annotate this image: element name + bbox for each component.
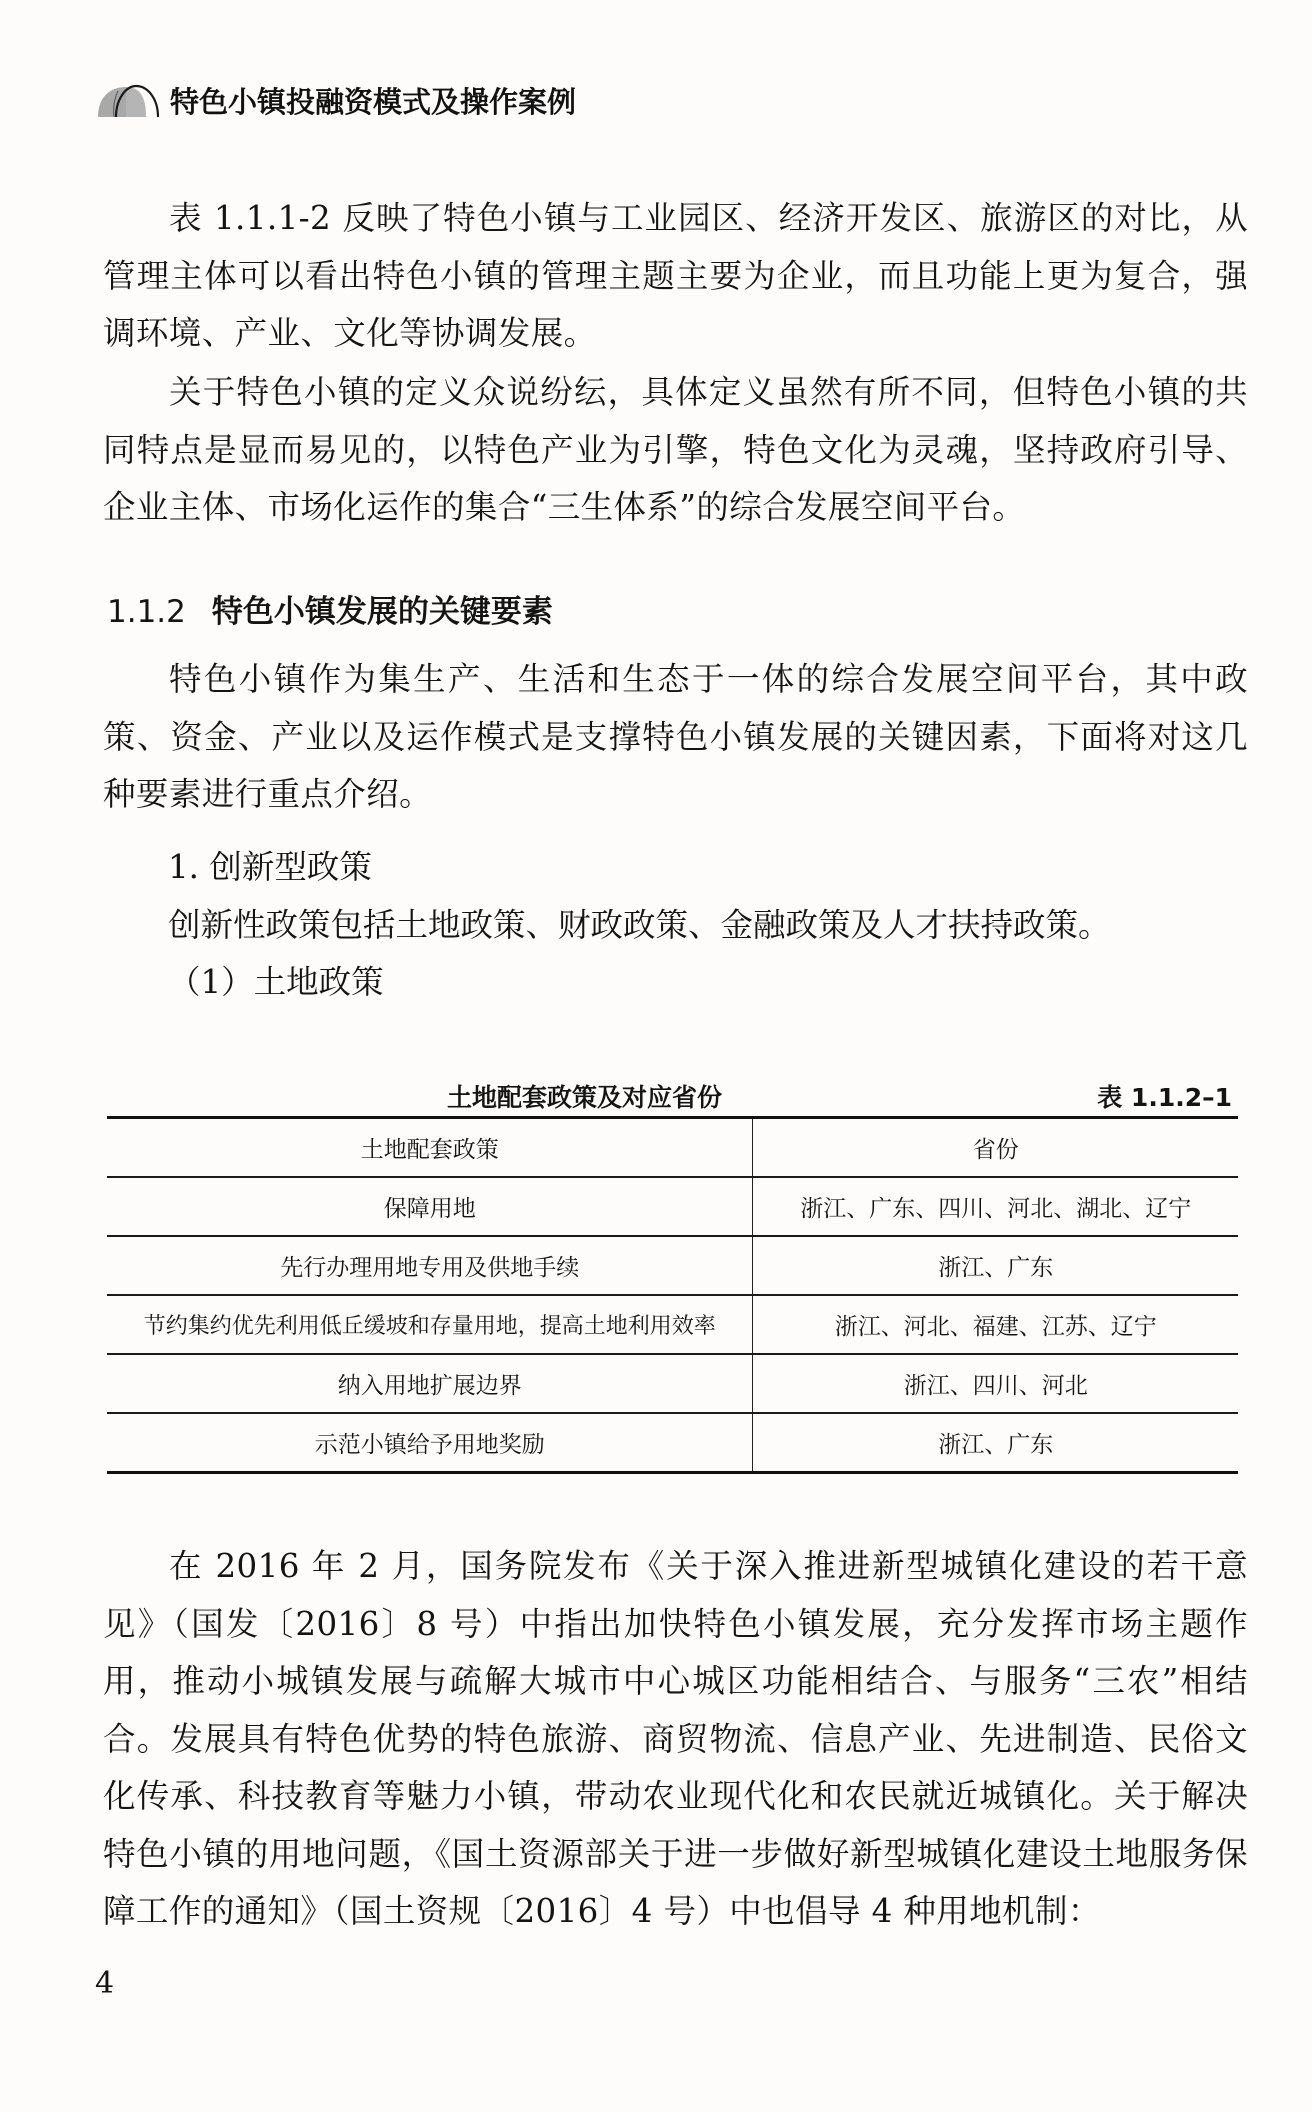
- paragraph-definition: 关于特色小镇的定义众说纷纭，具体定义虽然有所不同，但特色小镇的共同特点是显而易见…: [103, 364, 1248, 537]
- table-row: 示范小镇给予用地奖励 浙江、广东: [107, 1413, 1238, 1473]
- running-header: 特色小镇投融资模式及操作案例: [96, 80, 576, 120]
- section-heading: 1.1.2特色小镇发展的关键要素: [107, 590, 553, 634]
- table-title: 土地配套政策及对应省份: [447, 1078, 722, 1114]
- paragraph-key-elements: 特色小镇作为集生产、生活和生态于一体的综合发展空间平台，其中政策、资金、产业以及…: [103, 651, 1248, 824]
- cell-provinces: 浙江、广东、四川、河北、湖北、辽宁: [753, 1177, 1238, 1236]
- table-number: 表 1.1.2–1: [1097, 1078, 1232, 1114]
- cell-policy: 示范小镇给予用地奖励: [107, 1413, 753, 1473]
- column-header-policy: 土地配套政策: [107, 1118, 753, 1178]
- table-row: 节约集约优先利用低丘缓坡和存量用地，提高土地利用效率 浙江、河北、福建、江苏、辽…: [107, 1295, 1238, 1354]
- list-item-policy-description: 创新性政策包括土地政策、财政政策、金融政策及人才扶持政策。: [168, 897, 1111, 955]
- cell-provinces: 浙江、四川、河北: [753, 1354, 1238, 1413]
- list-item-innovative-policy: 1. 创新型政策: [168, 839, 372, 897]
- column-header-province: 省份: [753, 1118, 1238, 1178]
- table-row: 纳入用地扩展边界 浙江、四川、河北: [107, 1354, 1238, 1413]
- cell-policy: 纳入用地扩展边界: [107, 1354, 753, 1413]
- cell-policy: 保障用地: [107, 1177, 753, 1236]
- running-title: 特色小镇投融资模式及操作案例: [170, 80, 576, 121]
- paragraph-state-council-2016: 在 2016 年 2 月，国务院发布《关于深入推进新型城镇化建设的若干意见》（国…: [103, 1538, 1248, 1941]
- table-row: 保障用地 浙江、广东、四川、河北、湖北、辽宁: [107, 1177, 1238, 1236]
- table-caption: 土地配套政策及对应省份 表 1.1.2–1: [107, 1072, 1238, 1112]
- cell-provinces: 浙江、河北、福建、江苏、辽宁: [753, 1295, 1238, 1354]
- cell-policy: 先行办理用地专用及供地手续: [107, 1236, 753, 1295]
- table-row: 先行办理用地专用及供地手续 浙江、广东: [107, 1236, 1238, 1295]
- cell-policy: 节约集约优先利用低丘缓坡和存量用地，提高土地利用效率: [107, 1295, 753, 1354]
- book-page: 特色小镇投融资模式及操作案例 表 1.1.1-2 反映了特色小镇与工业园区、经济…: [0, 0, 1312, 2112]
- page-number: 4: [95, 1966, 114, 2001]
- sub-item-land-policy: （1）土地政策: [168, 954, 384, 1012]
- dome-half-icon: [96, 83, 160, 117]
- section-number: 1.1.2: [107, 594, 186, 630]
- section-title: 特色小镇发展的关键要素: [212, 594, 553, 630]
- paragraph-table-comparison: 表 1.1.1-2 反映了特色小镇与工业园区、经济开发区、旅游区的对比，从管理主…: [103, 190, 1248, 363]
- cell-provinces: 浙江、广东: [753, 1413, 1238, 1473]
- table-header-row: 土地配套政策 省份: [107, 1118, 1238, 1178]
- cell-provinces: 浙江、广东: [753, 1236, 1238, 1295]
- land-policy-table: 土地配套政策 省份 保障用地 浙江、广东、四川、河北、湖北、辽宁 先行办理用地专…: [107, 1116, 1238, 1474]
